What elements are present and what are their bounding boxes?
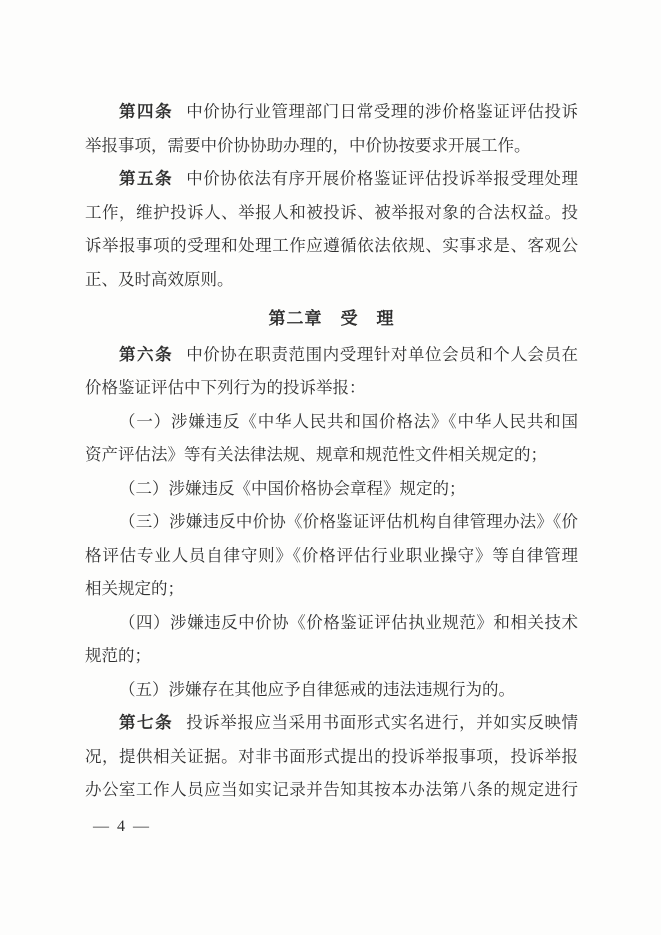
text-line: （三）涉嫌违反中价协《价格鉴证评估机构自律管理办法》《价 <box>85 505 578 539</box>
article-6-label: 第六条 <box>119 345 173 364</box>
text-line: 第六条中价协在职责范围内受理针对单位会员和个人会员在 <box>85 338 578 372</box>
text-line: 办公室工作人员应当如实记录并告知其按本办法第八条的规定进行 <box>85 773 578 807</box>
document-page: 第四条中价协行业管理部门日常受理的涉价格鉴证评估投诉 举报事项，需要中价协协助办… <box>0 0 661 935</box>
text-line-content: 投诉举报应当采用书面形式实名进行，并如实反映情 <box>186 713 578 732</box>
text-line: （二）涉嫌违反《中国价格协会章程》规定的； <box>85 472 578 506</box>
text-line: 规范的； <box>85 639 578 673</box>
text-line: 工作，维护投诉人、举报人和被投诉、被举报对象的合法权益。投 <box>85 196 578 230</box>
text-line: 格评估专业人员自律守则》《价格评估行业职业操守》等自律管理 <box>85 539 578 573</box>
article-5-label: 第五条 <box>119 169 173 188</box>
text-line: 第五条中价协依法有序开展价格鉴证评估投诉举报受理处理 <box>85 162 578 196</box>
text-line: 正、及时高效原则。 <box>85 263 578 297</box>
text-line: （四）涉嫌违反中价协《价格鉴证评估执业规范》和相关技术 <box>85 606 578 640</box>
text-line: 第四条中价协行业管理部门日常受理的涉价格鉴证评估投诉 <box>85 95 578 129</box>
text-line: 资产评估法》等有关法律法规、规章和规范性文件相关规定的； <box>85 438 578 472</box>
text-line: 况，提供相关证据。对非书面形式提出的投诉举报事项，投诉举报 <box>85 740 578 774</box>
text-line: （五）涉嫌存在其他应予自律惩戒的违法违规行为的。 <box>85 673 578 707</box>
text-line: 价格鉴证评估中下列行为的投诉举报： <box>85 371 578 405</box>
text-line-content: 中价协依法有序开展价格鉴证评估投诉举报受理处理 <box>186 169 578 188</box>
text-line: 举报事项，需要中价协协助办理的，中价协按要求开展工作。 <box>85 129 578 163</box>
text-line: 第七条投诉举报应当采用书面形式实名进行，并如实反映情 <box>85 706 578 740</box>
text-line: 诉举报事项的受理和处理工作应遵循依法依规、实事求是、客观公 <box>85 229 578 263</box>
text-line: （一）涉嫌违反《中华人民共和国价格法》《中华人民共和国 <box>85 405 578 439</box>
document-body: 第四条中价协行业管理部门日常受理的涉价格鉴证评估投诉 举报事项，需要中价协协助办… <box>85 95 578 807</box>
text-line-content: 中价协行业管理部门日常受理的涉价格鉴证评估投诉 <box>186 102 578 121</box>
article-7-label: 第七条 <box>119 713 173 732</box>
text-line: 相关规定的； <box>85 572 578 606</box>
page-number: — 4 — <box>93 818 151 836</box>
chapter-heading: 第二章 受 理 <box>85 302 578 336</box>
text-line-content: 中价协在职责范围内受理针对单位会员和个人会员在 <box>186 345 578 364</box>
article-4-label: 第四条 <box>119 102 173 121</box>
